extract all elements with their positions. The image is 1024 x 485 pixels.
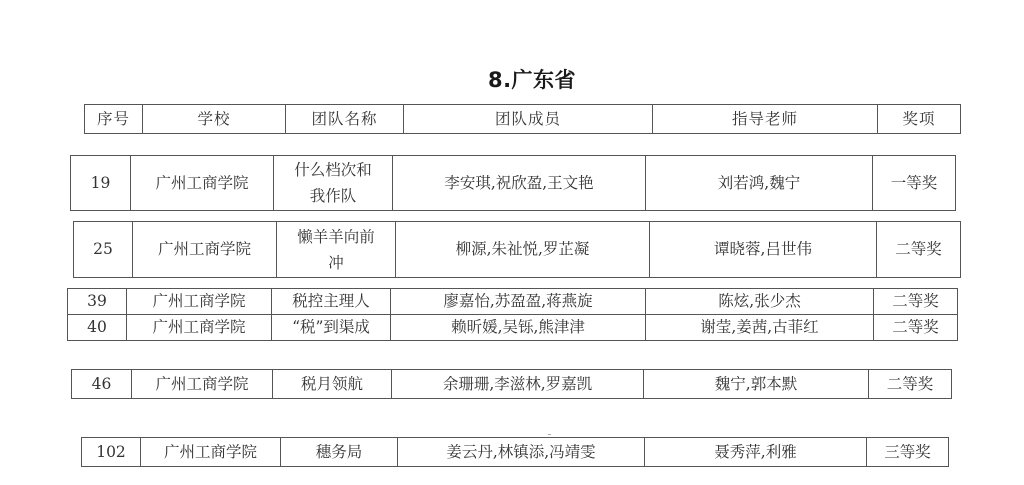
- cell-members: 余珊珊,李滋林,罗嘉凯: [392, 370, 644, 399]
- table-row: 25 广州工商学院 懒羊羊向前冲 柳源,朱祉悦,罗芷凝 谭晓蓉,吕世伟 二等奖: [74, 222, 961, 278]
- table-segment: 102 广州工商学院 穗务局 姜云丹,林镇添,冯靖雯 聂秀萍,利雅 三等奖: [81, 437, 949, 467]
- cell-advisors: 刘若鸿,魏宁: [646, 156, 873, 211]
- header-school: 学校: [143, 105, 286, 134]
- table-row: 46 广州工商学院 税月领航 余珊珊,李滋林,罗嘉凯 魏宁,郭本默 二等奖: [72, 370, 952, 399]
- cell-advisors: 谭晓蓉,吕世伟: [650, 222, 877, 278]
- cell-no: 46: [72, 370, 132, 399]
- cell-team: 穗务局: [281, 438, 398, 467]
- cell-no: 40: [68, 315, 127, 341]
- cell-team: 什么档次和我作队: [274, 156, 393, 211]
- cell-no: 19: [71, 156, 131, 211]
- cell-school: 广州工商学院: [132, 370, 273, 399]
- table-row: 39 广州工商学院 税控主理人 廖嘉怡,苏盈盈,蒋燕旋 陈炫,张少杰 二等奖: [68, 289, 958, 315]
- scan-artifact: [548, 434, 551, 435]
- cell-advisors: 魏宁,郭本默: [644, 370, 869, 399]
- cell-school: 广州工商学院: [131, 156, 274, 211]
- header-team: 团队名称: [286, 105, 404, 134]
- table-row: 19 广州工商学院 什么档次和我作队 李安琪,祝欣盈,王文艳 刘若鸿,魏宁 一等…: [71, 156, 956, 211]
- table-segment: 46 广州工商学院 税月领航 余珊珊,李滋林,罗嘉凯 魏宁,郭本默 二等奖: [71, 369, 952, 399]
- cell-team: 懒羊羊向前冲: [277, 222, 396, 278]
- cell-award: 二等奖: [877, 222, 961, 278]
- table-row: 102 广州工商学院 穗务局 姜云丹,林镇添,冯靖雯 聂秀萍,利雅 三等奖: [82, 438, 949, 467]
- cell-school: 广州工商学院: [133, 222, 277, 278]
- cell-award: 二等奖: [874, 289, 958, 315]
- cell-advisors: 谢莹,姜茜,古菲红: [646, 315, 874, 341]
- cell-members: 赖昕媛,吴铄,熊津津: [391, 315, 646, 341]
- cell-award: 一等奖: [873, 156, 956, 211]
- cell-no: 39: [68, 289, 127, 315]
- cell-members: 姜云丹,林镇添,冯靖雯: [398, 438, 645, 467]
- cell-award: 三等奖: [867, 438, 949, 467]
- cell-school: 广州工商学院: [141, 438, 281, 467]
- cell-members: 廖嘉怡,苏盈盈,蒋燕旋: [391, 289, 646, 315]
- cell-members: 柳源,朱祉悦,罗芷凝: [396, 222, 650, 278]
- header-advisors: 指导老师: [653, 105, 878, 134]
- cell-no: 102: [82, 438, 141, 467]
- header-no: 序号: [85, 105, 143, 134]
- page-title: 8.广东省: [0, 64, 1024, 94]
- header-award: 奖项: [878, 105, 961, 134]
- cell-award: 二等奖: [869, 370, 952, 399]
- table-row: 40 广州工商学院 “税”到渠成 赖昕媛,吴铄,熊津津 谢莹,姜茜,古菲红 二等…: [68, 315, 958, 341]
- cell-advisors: 聂秀萍,利雅: [645, 438, 867, 467]
- cell-school: 广州工商学院: [127, 315, 272, 341]
- cell-award: 二等奖: [874, 315, 958, 341]
- cell-no: 25: [74, 222, 133, 278]
- cell-team: 税月领航: [273, 370, 392, 399]
- header-members: 团队成员: [404, 105, 653, 134]
- cell-advisors: 陈炫,张少杰: [646, 289, 874, 315]
- cell-school: 广州工商学院: [127, 289, 272, 315]
- table-segment: 19 广州工商学院 什么档次和我作队 李安琪,祝欣盈,王文艳 刘若鸿,魏宁 一等…: [70, 155, 956, 211]
- table-header: 序号 学校 团队名称 团队成员 指导老师 奖项: [84, 104, 961, 134]
- table-segment: 25 广州工商学院 懒羊羊向前冲 柳源,朱祉悦,罗芷凝 谭晓蓉,吕世伟 二等奖: [73, 221, 961, 278]
- cell-members: 李安琪,祝欣盈,王文艳: [393, 156, 646, 211]
- header-row: 序号 学校 团队名称 团队成员 指导老师 奖项: [85, 105, 961, 134]
- cell-team: 税控主理人: [272, 289, 391, 315]
- cell-team: “税”到渠成: [272, 315, 391, 341]
- table-segment: 39 广州工商学院 税控主理人 廖嘉怡,苏盈盈,蒋燕旋 陈炫,张少杰 二等奖 4…: [67, 288, 958, 341]
